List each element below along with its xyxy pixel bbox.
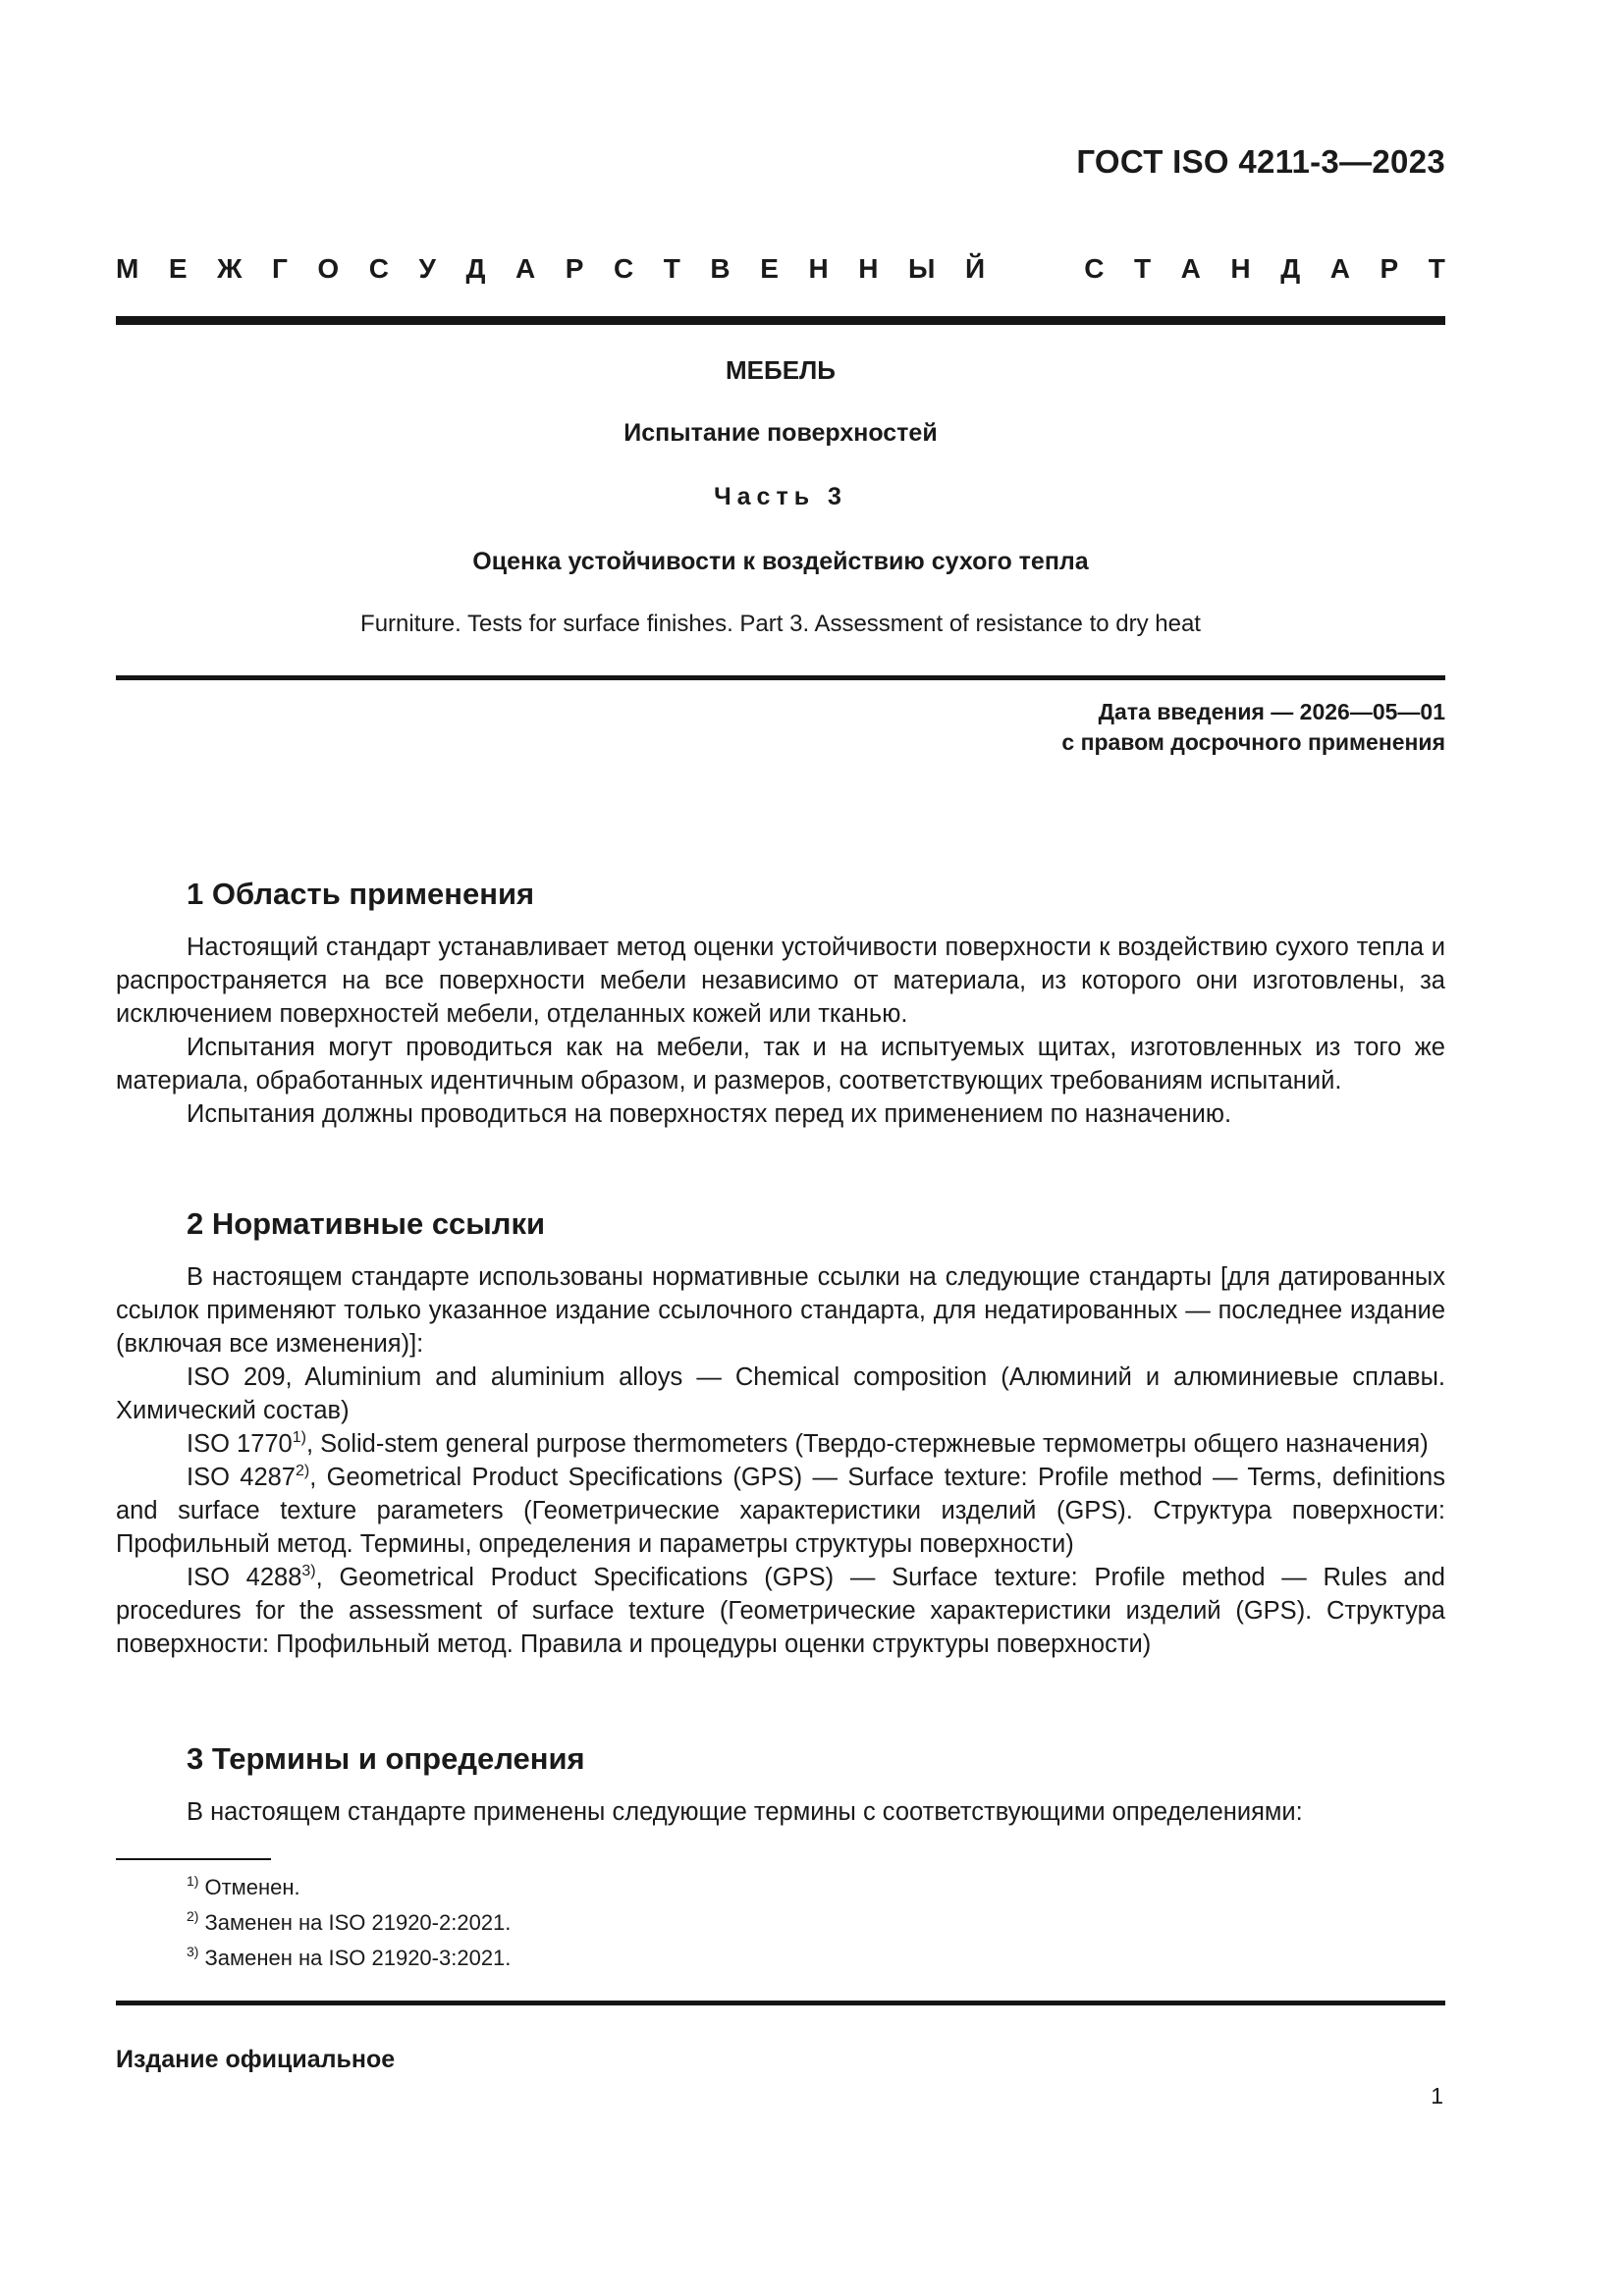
reference-item: ISO 17701), Solid-stem general purpose t…: [116, 1427, 1445, 1461]
reference-text: , Aluminium and aluminium alloys — Chemi…: [116, 1363, 1445, 1424]
footnote: 1)Отменен.: [187, 1875, 300, 1900]
reference-text: , Solid-stem general purpose thermometer…: [306, 1430, 1429, 1458]
title-part: Часть 3: [116, 483, 1445, 511]
footnote-mark: 1): [187, 1873, 198, 1889]
banner-letter: Р: [1380, 253, 1398, 285]
banner-letter: А: [1181, 253, 1201, 285]
banner-letter: С: [614, 253, 633, 285]
reference-text: , Geometrical Product Specifications (GP…: [116, 1464, 1445, 1558]
section-2-heading: 2 Нормативные ссылки: [187, 1206, 545, 1242]
footnote-mark: 3): [187, 1944, 198, 1959]
banner-letter: В: [710, 253, 730, 285]
banner-letter: Т: [1134, 253, 1151, 285]
section-3-heading: 3 Термины и определения: [187, 1741, 585, 1777]
paragraph: В настоящем стандарте использованы норма…: [116, 1260, 1445, 1361]
footnote-mark[interactable]: 3): [301, 1563, 315, 1579]
banner-letter: М: [116, 253, 138, 285]
banner-letter: Н: [858, 253, 878, 285]
banner-letter: Д: [1280, 253, 1300, 285]
banner-letter: Р: [566, 253, 584, 285]
reference-code: ISO 209: [187, 1363, 286, 1391]
paragraph: Испытания могут проводиться как на мебел…: [116, 1031, 1445, 1097]
footnote-separator: [116, 1858, 271, 1860]
footnote: 2)Заменен на ISO 21920-2:2021.: [187, 1910, 511, 1936]
title-subtitle: Испытание поверхностей: [116, 419, 1445, 448]
banner-letter: Й: [965, 253, 985, 285]
section-1-body: Настоящий стандарт устанавливает метод о…: [116, 931, 1445, 1131]
banner-letter: У: [419, 253, 436, 285]
footnote-mark[interactable]: 1): [293, 1429, 306, 1446]
word-gap: [1015, 253, 1055, 285]
paragraph: Испытания должны проводиться на поверхно…: [116, 1097, 1445, 1131]
banner-letter: А: [1330, 253, 1350, 285]
reference-item: ISO 42883), Geometrical Product Specific…: [116, 1561, 1445, 1661]
reference-code: ISO 1770: [187, 1430, 293, 1458]
banner-letter: С: [1084, 253, 1104, 285]
banner-letter: Г: [272, 253, 288, 285]
introduction-date: Дата введения — 2026—05—01: [1099, 699, 1445, 725]
footnote: 3)Заменен на ISO 21920-3:2021.: [187, 1946, 511, 1971]
standard-type-banner: МЕЖГОСУДАРСТВЕННЫЙСТАНДАРТ: [116, 253, 1445, 285]
reference-text: , Geometrical Product Specifications (GP…: [116, 1564, 1445, 1658]
footnote-text: Заменен на ISO 21920-2:2021.: [204, 1910, 511, 1935]
banner-letter: С: [369, 253, 389, 285]
paragraph: В настоящем стандарте применены следующи…: [116, 1795, 1445, 1829]
banner-letter: А: [515, 253, 535, 285]
official-edition-label: Издание официальное: [116, 2046, 395, 2074]
banner-letter: Ы: [908, 253, 935, 285]
footnote-text: Отменен.: [204, 1875, 299, 1899]
banner-letter: Е: [169, 253, 188, 285]
reference-code: ISO 4288: [187, 1564, 301, 1591]
banner-letter: О: [317, 253, 339, 285]
banner-letter: Т: [1429, 253, 1445, 285]
footnote-text: Заменен на ISO 21920-3:2021.: [204, 1946, 511, 1970]
banner-letter: Ж: [217, 253, 242, 285]
footnote-mark: 2): [187, 1908, 198, 1924]
section-3-body: В настоящем стандарте применены следующи…: [116, 1795, 1445, 1829]
reference-code: ISO 4287: [187, 1464, 296, 1491]
footer-rule: [116, 2001, 1445, 2005]
english-title: Furniture. Tests for surface finishes. P…: [116, 611, 1445, 638]
banner-letter: Н: [808, 253, 828, 285]
section-1-heading: 1 Область применения: [187, 877, 534, 912]
title-subject: МЕБЕЛЬ: [116, 355, 1445, 386]
document-code: ГОСТ ISO 4211-3—2023: [1076, 143, 1445, 181]
paragraph: Настоящий стандарт устанавливает метод о…: [116, 931, 1445, 1031]
section-2-body: В настоящем стандарте использованы норма…: [116, 1260, 1445, 1661]
banner-letter: Т: [664, 253, 680, 285]
page-number: 1: [1431, 2083, 1443, 2109]
early-application-note: с правом досрочного применения: [1061, 729, 1445, 756]
header-rule: [116, 316, 1445, 325]
banner-letter: Е: [760, 253, 779, 285]
banner-letter: Д: [465, 253, 485, 285]
footnote-mark[interactable]: 2): [296, 1463, 309, 1479]
banner-letter: Н: [1230, 253, 1250, 285]
reference-item: ISO 209, Aluminium and aluminium alloys …: [116, 1361, 1445, 1427]
reference-item: ISO 42872), Geometrical Product Specific…: [116, 1461, 1445, 1561]
title-rule: [116, 675, 1445, 680]
title-part-name: Оценка устойчивости к воздействию сухого…: [116, 548, 1445, 576]
